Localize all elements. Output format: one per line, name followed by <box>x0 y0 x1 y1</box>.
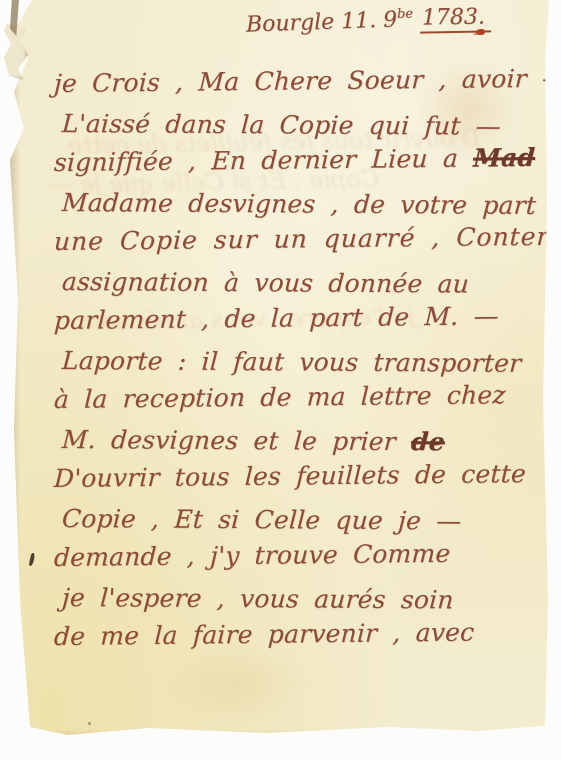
letter-line-text: M. desvignes et le prier <box>61 425 412 456</box>
letter-line: à la reception de ma lettre chez <box>53 375 550 420</box>
dateline: Bourgle 11. 9be 1783. <box>246 4 492 41</box>
letter-line-text: D'ouvrir tous les feuillets de cette <box>53 459 526 493</box>
red-speck <box>17 610 21 615</box>
letter-line-text: à la reception de ma lettre chez <box>53 380 506 414</box>
letter-line-text: je Crois , Ma Chere Soeur , avoir — <box>53 64 561 98</box>
dateline-month-superscript: be <box>397 6 414 22</box>
letter-line: parlement , de la part de M. — <box>53 296 550 341</box>
letter-line-text: Copie , Et si Celle que je — <box>61 504 462 535</box>
letter-line: signiffiée , En dernier Lieu a Mad <box>53 138 550 183</box>
letter-paper-sheet: D'ouvrir tous les feuillets de cetteCopi… <box>8 0 549 741</box>
dateline-place-day: Bourgle 11. 9 <box>246 7 398 37</box>
letter-line: demande , j'y trouve Comme <box>53 533 550 578</box>
scanned-letter-page: D'ouvrir tous les feuillets de cetteCopi… <box>0 0 561 760</box>
ink-blot <box>476 29 485 35</box>
struck-word: Mad <box>473 143 536 173</box>
letter-line: une Copie sur un quarré , Contenant <box>53 217 550 262</box>
letter-line-text: je l'espere , vous aurés soin <box>61 583 454 614</box>
paper-speck <box>88 722 91 725</box>
letter-line-text: signiffiée , En dernier Lieu a <box>53 144 473 177</box>
struck-word: de <box>410 427 445 456</box>
letter-line-text: Laporte : il faut vous transporter <box>61 346 522 378</box>
letter-line-text: de me la faire parvenir , avec <box>53 618 475 651</box>
letter-line: D'ouvrir tous les feuillets de cette <box>53 454 550 499</box>
letter-line-text: L'aissé dans la Copie qui fut — <box>61 109 502 141</box>
letter-line-text: parlement , de la part de M. — <box>53 301 499 335</box>
letter-line-text: une Copie sur un quarré , Contenant <box>53 221 561 256</box>
letter-line-text: demande , j'y trouve Comme <box>53 539 451 572</box>
letter-line-text: Madame desvignes , de votre part , <box>61 188 560 220</box>
letter-line-text: assignation à vous donnée au <box>61 267 470 298</box>
letter-line: je Crois , Ma Chere Soeur , avoir — <box>53 59 550 104</box>
letter-body: je Crois , Ma Chere Soeur , avoir —L'ais… <box>8 64 549 657</box>
letter-line: de me la faire parvenir , avec <box>53 612 550 657</box>
